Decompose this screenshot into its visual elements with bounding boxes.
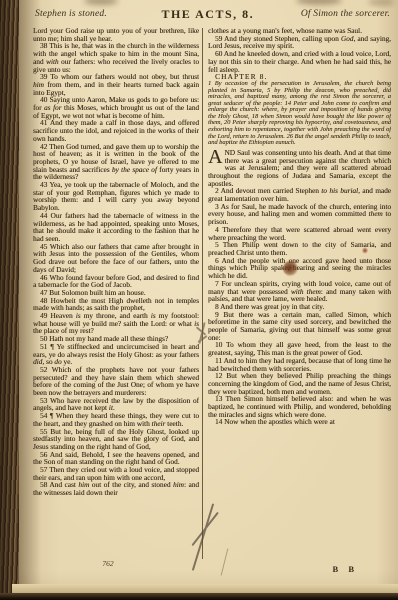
verse-paragraph: 48 Howbeit the most High dwelleth not in… xyxy=(33,297,199,312)
verse-paragraph: 59 And they stoned Stephen, calling upon… xyxy=(208,35,391,50)
verse-paragraph: 44 Our fathers had the tabernacle of wit… xyxy=(33,212,199,243)
chapter-summary: 1 By occasion of the persecution in Jeru… xyxy=(208,81,391,147)
verse-paragraph: 51 ¶ Ye stiffnecked and uncircumcised in… xyxy=(33,343,199,366)
verse-paragraph: 46 Who found favour before God, and desi… xyxy=(33,274,199,289)
first-verse-text: ND Saul was consenting unto his death. A… xyxy=(208,148,391,188)
verse-paragraph: 10 To whom they all gave heed, from the … xyxy=(208,341,391,356)
drop-cap: A xyxy=(208,149,224,165)
verse-paragraph: 39 To whom our fathers would not obey, b… xyxy=(33,73,199,96)
verse-paragraph: 52 Which of the prophets have not your f… xyxy=(33,366,199,397)
verse-paragraph: 6 And the people with one accord gave he… xyxy=(208,257,391,280)
header-left-title: Stephen is stoned. xyxy=(35,9,107,19)
verse-paragraph: 60 And he kneeled down, and cried with a… xyxy=(208,50,391,73)
verse-paragraph: 53 Who have received the law by the disp… xyxy=(33,397,199,412)
photo-bottom-edge xyxy=(0,593,398,600)
verse-paragraph: 56 And said, Behold, I see the heavens o… xyxy=(33,451,199,466)
right-column: clothes at a young man's feet, whose nam… xyxy=(208,27,391,561)
verse-paragraph: 14 Now when the apostles which were at xyxy=(208,418,391,426)
verse-paragraph: 4 Therefore they that were scattered abr… xyxy=(208,226,391,241)
header-right-title: Of Simon the sorcerer. xyxy=(301,9,390,19)
column-divider-rule xyxy=(202,28,203,559)
verse-paragraph: 58 And cast him out of the city, and sto… xyxy=(33,481,199,496)
verse-paragraph: 12 But when they believed Philip preachi… xyxy=(208,372,391,395)
verse-paragraph: 2 And devout men carried Stephen to his … xyxy=(208,187,391,202)
running-header: Stephen is stoned. THE ACTS, 8. Of Simon… xyxy=(33,7,390,21)
verse-paragraph: 3 As for Saul, he made havock of the chu… xyxy=(208,203,391,226)
verse-paragraph: 9 But there was a certain man, called Si… xyxy=(208,311,391,342)
right-column-top-verses: clothes at a young man's feet, whose nam… xyxy=(208,27,391,73)
pen-mark-small xyxy=(193,320,211,352)
pen-mark-x xyxy=(186,500,226,578)
verse-paragraph: 49 Heaven is my throne, and earth is my … xyxy=(33,312,199,335)
verse-paragraph: 55 But he, being full of the Holy Ghost,… xyxy=(33,428,199,451)
left-column: Lord your God raise up unto you of your … xyxy=(33,27,199,561)
verse-paragraph: 7 For unclean spirits, crying with loud … xyxy=(208,280,391,303)
right-column-verses: 2 And devout men carried Stephen to his … xyxy=(208,187,391,426)
verse-paragraph: 11 And to him they had regard, because t… xyxy=(208,357,391,372)
verse-paragraph: 40 Saying unto Aaron, Make us gods to go… xyxy=(33,96,199,119)
verse-paragraph: 38 This is he, that was in the church in… xyxy=(33,42,199,73)
book-spine-page-edges xyxy=(0,0,19,600)
verse-paragraph: 45 Which also our fathers that came afte… xyxy=(33,243,199,274)
verse-paragraph: 43 Yea, ye took up the tabernacle of Mol… xyxy=(33,181,199,212)
verse-paragraph: Lord your God raise up unto you of your … xyxy=(33,27,199,42)
verse-paragraph: 57 Then they cried out with a loud voice… xyxy=(33,466,199,481)
signature-mark: B B xyxy=(333,564,358,574)
verse-paragraph: 41 And they made a calf in those days, a… xyxy=(33,119,199,142)
book-page-photo: Stephen is stoned. THE ACTS, 8. Of Simon… xyxy=(0,0,398,600)
verse-paragraph: 13 Then Simon himself believed also: and… xyxy=(208,395,391,418)
first-verse: AND Saul was consenting unto his death. … xyxy=(208,149,391,188)
red-stain xyxy=(362,247,368,254)
ink-stain xyxy=(283,261,298,276)
book-title: THE ACTS, 8. xyxy=(161,7,254,22)
verse-paragraph: 54 ¶ When they heard these things, they … xyxy=(33,412,199,427)
page-number: 762 xyxy=(78,559,138,568)
verse-paragraph: 42 Then God turned, and gave them up to … xyxy=(33,143,199,182)
text-columns: Lord your God raise up unto you of your … xyxy=(33,27,391,561)
